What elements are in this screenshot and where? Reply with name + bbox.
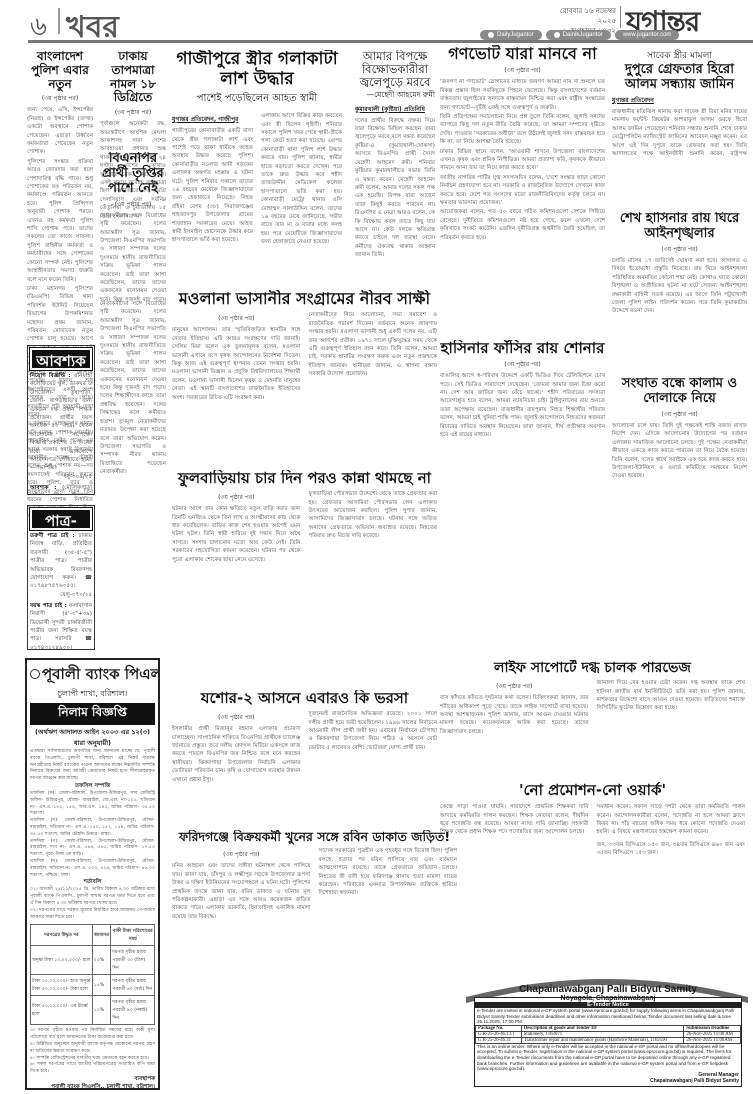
quote-attribution: —মেহেদী আহমেদ রুমী <box>355 90 435 102</box>
bank-branch: চুলাপী শাখা, বরিশাল। <box>30 688 155 701</box>
headline: সংঘাত বন্ধে কালাম ও দোলাকে নিয়ে <box>612 377 747 407</box>
classified-item: আবশ্যক : (মৌলিকপাড়া দাখিল উচ্চ বিদ্যালয… <box>30 484 92 495</box>
article-body-tail: জন, ৩৩তম বিসিএসে ১৫০ জন, ৩৪তম বিসিএসে ৪৬… <box>597 841 746 858</box>
note-item: ৬। সকল দরপত্রের সাথে জাতীয় পরিচয়পত্রের… <box>30 1062 155 1076</box>
social-web-link[interactable]: www.jugantor.com <box>615 30 680 40</box>
article-body: বাঙালির আগে স্ব-পরিবার উদ্দেশে একটি ভিডি… <box>440 372 605 439</box>
notice-intro: এতদ্বারা সর্বসাধারণের অবগতির জন্য জানানো… <box>30 749 155 783</box>
section-title: খবর <box>66 3 119 54</box>
schedule-item: তফসিল (গ): জেলা-বরিশাল, উপজেলা-উজিরপুর, … <box>30 839 155 859</box>
subheadline: পাশেই পড়েছিলেন আহত স্বামী <box>172 91 342 108</box>
continued-label: (৩য় পৃষ্ঠার পর) <box>440 359 605 370</box>
article-body: গাজীপুরের কোনাবাড়ীর একটি বাসা থেকে স্ত্… <box>172 127 253 245</box>
date-gregorian: রোববার ১৬ নভেম্বর ২০২৫ <box>548 6 616 26</box>
continued-label: (৩য় পৃষ্ঠার পর) <box>27 93 93 104</box>
table-row: অনূর্ধ্ব টাকা ১০,০০,০০০/- হলে ২০% দরপত্র… <box>31 946 155 975</box>
article-body: জানালা দিয়ে বের হওয়ার চেষ্টা করেন। দগ্… <box>597 679 746 736</box>
article-no-promotion: 'নো প্রমোশন-নো ওয়ার্ক' কেন্দ্রে সাড়া প… <box>440 782 745 967</box>
article-gazipur: গাজীপুরে স্ত্রীর গলাকাটা লাশ উদ্ধার পাশে… <box>172 50 342 290</box>
byline: যুগান্তর প্রতিবেদন <box>612 95 747 106</box>
article-bnp-continued: নেতাকর্মীদের সঙ্গে বিরোধের সৃষ্টি করেছেন… <box>100 300 166 640</box>
note-item: ৪। উল্লিখিত অনুচ্ছেদ অনুযায়ী ব্যাংক কর্… <box>30 1042 155 1056</box>
article-bhasani: মওলানা ভাসানীর সংগ্রামের নীরব সাক্ষী (৩য… <box>172 290 437 468</box>
headline: ফুলবাড়িয়ায় চার দিন পরও কান্না থামছে ন… <box>172 470 437 487</box>
article-body: ঘটনার আগে তার কোন ক্ষতিতে নতুন বাড়ি করা… <box>172 505 301 564</box>
article-jessore: যশোর-২ আসনে এবারও কি ভরসা (৩য় পৃষ্ঠার প… <box>172 690 437 820</box>
headline: আমার বিপক্ষে বিক্ষোভকারীরা জ্বলেপুড়ে মর… <box>355 50 435 90</box>
signature-org: পূবালী ব্যাংক পিএলসি., চুলাপী শাখা, বরিশ… <box>30 1084 155 1090</box>
table-row: টাকা ১০,০০,০০০/- হতে অনূর্ধ্ব টাকা ৫০,০০… <box>31 975 155 996</box>
headline: গাজীপুরে স্ত্রীর গলাকাটা লাশ উদ্ধার <box>172 50 342 89</box>
article-referendum: গণভোট যারা মানবে না (৩য় পৃষ্ঠার পর) 'জন… <box>440 45 605 242</box>
kicker: সাবেক স্ত্রীর মামলা <box>612 48 747 63</box>
headline: 'নো প্রমোশন-নো ওয়ার্ক' <box>440 782 745 799</box>
article-body: মনির আহমেদ এবং তাদের সঙ্গীরা ঘটনাস্থল থে… <box>172 862 311 921</box>
article-fulbari: ফুলবাড়িয়ায় চার দিন পরও কান্না থামছে ন… <box>172 470 437 625</box>
continued-label: (৩য় পৃষ্ঠার পর) <box>172 492 301 503</box>
headline: লাইফ সাপোর্টে দগ্ধ চালক পারভেজ <box>440 660 745 676</box>
schedule-item: তফসিল (ঘ): জেলা-বরিশাল, উপজেলা-উজিরপুর, … <box>30 859 155 879</box>
classified-necessary: আবশ্যক নিয়োগ বিজ্ঞপ্তি : ওনিয়াহা কলেজি… <box>27 345 95 495</box>
tender-footer: This is an online tender. Where only e-T… <box>475 1044 741 1072</box>
article-body: দলের প্রার্থীর বিরুদ্ধে বক্তব্য দিয়ে যা… <box>355 117 435 260</box>
article-body: মানুষের আন্দোলন। তার স্মৃতিবিজড়িত স্থান… <box>172 326 301 402</box>
byline: যুগান্তর প্রতিবেদন, গাজীপুর <box>172 114 253 125</box>
tender-body: Chapainawabganj Palli Bidyut Samity Noya… <box>474 997 742 1087</box>
facebook-icon <box>554 32 560 38</box>
article-body: ইসলামীর প্রার্থী মিজানুর রহমান এলাকায় প… <box>172 725 301 784</box>
headline: ঢাকায় তাপমাত্রা নামল ১৮ ডিগ্রিতে <box>100 50 166 105</box>
article-body: নেতাকর্মীদের নিয়ে আলোচনা, সভা সমাবেশ ও … <box>309 311 438 402</box>
bank-logo-icon <box>30 669 40 679</box>
headline: দুপুরে গ্রেফতার হিরো আলম সন্ধ্যায় জামিন <box>612 63 747 93</box>
term-item: ০১। আগামী ২৫/১২/২০২৫ খ্রি. তারিখ বিকাল ৪… <box>30 887 155 907</box>
article-body: সমাধান করেন। সকাল সাড়ে দশটা থেকে তারা ক… <box>597 803 746 837</box>
article-body: আলোচনা চলে যায়। তিনি দুই পক্ষকেই শান্তি… <box>612 422 747 481</box>
tender-table: Package No. Description of goods and Ten… <box>475 1025 741 1044</box>
continued-label: (৩য় পৃষ্ঠার পর) <box>172 313 301 324</box>
schedule-item: তফসিল (ক): জেলা-বরিশাল, উপজেলা-উজিরপুর, … <box>30 791 155 818</box>
logo-divider <box>620 6 621 28</box>
article-body: নেতাকর্মীদের সঙ্গে বিরোধের সৃষ্টি করেছেন… <box>100 212 166 302</box>
table-row: G.R-25-26-46.31 Transformer repair and m… <box>476 1037 741 1043</box>
classified-matrimony: পাত্র-পাত্রী তরুণী পাত্র চাই : ঢাকায় নি… <box>27 505 95 650</box>
headline: মওলানা ভাসানীর সংগ্রামের নীরব সাক্ষী <box>172 290 437 308</box>
section-divider <box>58 8 60 34</box>
classified-ref: যেলু-৩৭০/২৫ <box>30 591 92 600</box>
article-faridganj: ফরিদগঞ্জে বিক্রয়কর্মী খুনের সঙ্গে রবিন … <box>172 830 457 1092</box>
headline: ফরিদগঞ্জে বিক্রয়কর্মী খুনের সঙ্গে রবিন … <box>172 830 457 844</box>
headline: বিএনপির প্রার্থী তৃপ্তির পাশে নেই <box>100 152 166 197</box>
social-x-link[interactable]: DailyJugantor <box>480 30 542 40</box>
continued-label: (৩য় পৃষ্ঠার পর) <box>440 65 605 76</box>
continued-label: (৩য় পৃষ্ঠার পর) <box>100 107 166 118</box>
headline: গণভোট যারা মানবে না <box>440 45 605 63</box>
x-icon <box>488 32 494 38</box>
article-body: কেন্দ্রে সাড়া পাওয়া যায়নি। সারাদেশে প… <box>440 803 589 857</box>
article-bnp: বিএনপির প্রার্থী তৃপ্তির পাশে নেই (৩য় প… <box>100 152 166 302</box>
article-body: এলাকায় আগে বিক্রির কাজ করতেন এবং স্ত্রী… <box>261 112 342 247</box>
header-rule <box>28 40 753 43</box>
article-body: চলতি মাসের ১৭ তারিখেই ঘোষণা করা হবে। আদা… <box>612 257 747 316</box>
article-life-support: লাইফ সাপোর্টে দগ্ধ চালক পারভেজ (৩য় পৃষ্… <box>440 660 745 780</box>
article-body: রাজধানীর মতিঝিল থানায় করা সাবেক স্ত্রী … <box>612 108 747 158</box>
article-hasina-law-order: শেখ হাসিনার রায় ঘিরে আইনশৃঙ্খলার (৩য় প… <box>612 212 747 344</box>
signature-title: ব্যবস্থাপক <box>30 1076 155 1084</box>
page-number: ৬ <box>30 6 47 50</box>
headline: বাংলাদেশ পুলিশ এবার নতুন <box>27 50 93 91</box>
bank-name: পূবালী ব্যাংক পিএলসি. <box>30 663 155 688</box>
continued-label: (৩য় পৃষ্ঠার পর) <box>172 712 301 723</box>
article-body: সাদেক সরকারের পুত্রহীন এক গৃহবধূর সঙ্গে … <box>319 847 458 921</box>
term-item: ০২। দরপত্রের সাথে দরকৃত মূল্যের নির্ধারি… <box>30 908 155 922</box>
continued-label: (৩য় পৃষ্ঠার পর) <box>172 849 311 860</box>
article-body: বাস কাঁদতে কাঁদতে দুর্ঘটনার কথা বলেন। চি… <box>440 694 589 736</box>
continued-label: (৩য় পৃষ্ঠার পর) <box>612 244 747 255</box>
headline: যশোর-২ আসনে এবারও কি ভরসা <box>172 690 437 707</box>
article-kalam-dola: সংঘাত বন্ধে কালাম ও দোলাকে নিয়ে (৩য় পৃ… <box>612 377 747 577</box>
social-facebook-link[interactable]: DainikJugantor <box>546 30 611 40</box>
classified-item: তরুণী পাত্র চাই : ঢাকায় নিজস্ব বাড়ি, প… <box>30 532 92 591</box>
classified-item: নিয়োগ বিজ্ঞপ্তি : ওনিয়াহা কলেজিয়েট স্… <box>30 372 92 473</box>
article-body: ফুলবাড়িয়া পৌরসভার উদ্দেশ্যে থেকে তাকে … <box>309 490 438 564</box>
law-reference: (অর্থঋণ আদালত আইন ২০০৩ এর ১২(৩) ধারা অনু… <box>30 727 155 749</box>
signature-org: Chapainawabganj Palli Bidyut Samity <box>475 1078 741 1084</box>
article-hasina-verdict: হাসিনার ফাঁসির রায় শোনার (৩য় পৃষ্ঠার প… <box>440 340 605 580</box>
headline: শেখ হাসিনার রায় ঘিরে আইনশৃঙ্খলার <box>612 212 747 242</box>
note-item: ৩। দরপত্র গৃহীত হওয়ার পর নির্ধারিত সময়… <box>30 1028 155 1042</box>
headline: হাসিনার ফাঁসির রায় শোনার <box>440 340 605 357</box>
classified-title: আবশ্যক <box>30 348 92 370</box>
org-name: Chapainawabganj Palli Bidyut Samity <box>475 984 741 995</box>
social-links: DailyJugantor DainikJugantor www.juganto… <box>480 30 679 40</box>
byline: কুমারখালী (কুষ্টিয়া) প্রতিনিধি <box>355 104 435 115</box>
article-opposition: আমার বিপক্ষে বিক্ষোভকারীরা জ্বলেপুড়ে মর… <box>355 50 435 290</box>
tender-intro: e-Tender are invited in national e-GP sy… <box>475 1008 741 1025</box>
bank-auction-ad: পূবালী ব্যাংক পিএলসি. চুলাপী শাখা, বরিশা… <box>25 658 160 1090</box>
classified-ref: যবু-৩০৯/২৫ <box>30 473 92 482</box>
continued-label: (৩য় পৃষ্ঠার পর) <box>440 681 589 692</box>
notice-title: নিলাম বিজ্ঞপ্তি <box>30 703 155 725</box>
classified-title: পাত্র-পাত্রী <box>30 508 92 530</box>
deposit-table: দরপত্রের উদ্ধৃত দর জামানত বাকী টাকা পরিশ… <box>30 924 155 1025</box>
table-row: টাকা ৫০,০০,০০০/- এর ঊর্ধ্বে হলে ১০% দরপত… <box>31 996 155 1025</box>
tender-notice-ad: Chapainawabganj Palli Bidyut Samity Noya… <box>466 975 748 1090</box>
article-body: দুজনেরই রাজনৈতিক অভিজ্ঞতা রয়েছে। ২০০১ স… <box>309 710 438 784</box>
continued-label: (৩য় পৃষ্ঠার পর) <box>100 199 166 210</box>
article-body: 'জনগণ না গণভোট' স্লোগানের মাধ্যমে জনগণ আ… <box>440 78 605 242</box>
schedule-title: তফসিল সম্পত্তি <box>30 783 155 791</box>
continued-label: (৩য় পৃষ্ঠার পর) <box>612 409 747 420</box>
classified-item: বয়স্ক পাত্র চাই : কলাবাগান নিবাসী (৫'-৩… <box>30 602 92 650</box>
org-location: Noyagola, Chapainawabganj <box>475 995 741 1002</box>
schedule-item: তফসিল (খ): জেলা-বরিশাল, উপজেলা-উজিরপুর, … <box>30 818 155 838</box>
article-hero-alam: সাবেক স্ত্রীর মামলা দুপুরে গ্রেফতার হিরো… <box>612 48 747 158</box>
